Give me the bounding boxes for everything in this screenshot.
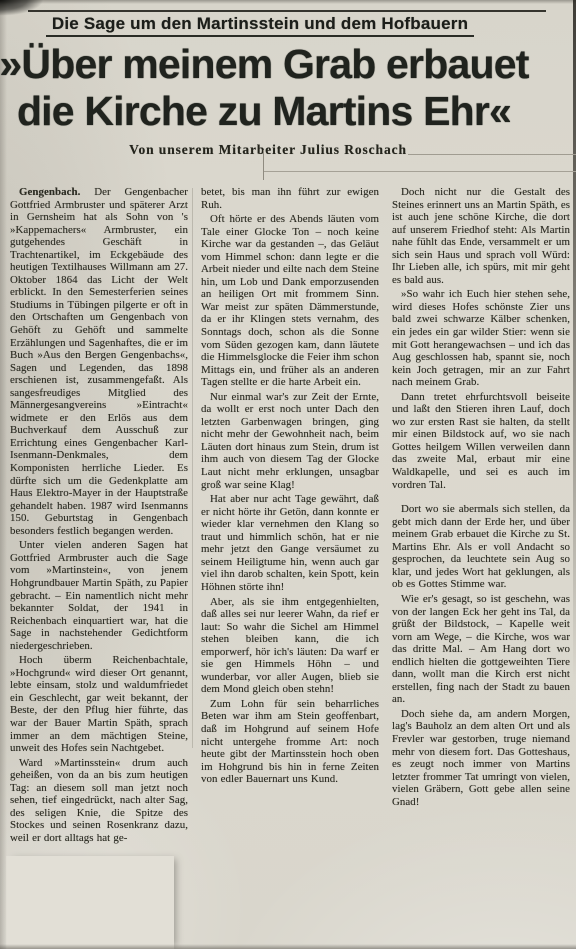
paragraph: betet, bis man ihn führt zur ewigen Ruh. bbox=[201, 186, 379, 211]
column-3: Doch nicht nur die Gestalt des Steines e… bbox=[392, 186, 570, 949]
byline-rule bbox=[263, 171, 576, 172]
scan-edge-top bbox=[0, 0, 576, 4]
kicker: Die Sage um den Martinsstein und dem Hof… bbox=[46, 14, 474, 37]
paragraph: Nur einmal war's zur Zeit der Ernte, da … bbox=[201, 391, 379, 491]
paragraph: Doch siehe da, am andern Morgen, lag's B… bbox=[392, 708, 570, 808]
column-rule-tick bbox=[263, 150, 264, 180]
top-rule bbox=[28, 10, 546, 12]
paragraph: Aber, als sie ihm entgegenhielten, daß a… bbox=[201, 596, 379, 696]
paragraph: Zum Lohn für sein beharrliches Beten war… bbox=[201, 698, 379, 786]
paragraph: Wie er's gesagt, so ist geschehn, was vo… bbox=[392, 593, 570, 706]
headline-line-2: die Kirche zu Martins Ehr« bbox=[0, 88, 552, 135]
paragraph: »So wahr ich Euch hier stehen sehe, wird… bbox=[392, 288, 570, 388]
article-header: Die Sage um den Martinsstein und dem Hof… bbox=[0, 14, 576, 158]
paragraph: Dort wo sie abermals sich stellen, da ge… bbox=[392, 503, 570, 591]
paragraph: Dann tretet ehrfurchtsvoll beiseite und … bbox=[392, 391, 570, 491]
paragraph: Unter vielen anderen Sagen hat Gottfried… bbox=[10, 539, 188, 652]
paragraph: Doch nicht nur die Gestalt des Steines e… bbox=[392, 186, 570, 286]
paragraph: Hat aber nur acht Tage gewährt, daß er n… bbox=[201, 493, 379, 593]
byline: Von unserem Mitarbeiter Julius Roschach bbox=[0, 142, 556, 158]
paragraph: Oft hörte er des Abends läuten vom Tale … bbox=[201, 213, 379, 389]
column-1: Gengenbach. Der Gengenbacher Gottfried A… bbox=[10, 186, 188, 949]
article-body: Gengenbach. Der Gengenbacher Gottfried A… bbox=[10, 186, 570, 949]
paragraph-text: Der Gengenbacher Gottfried Armbruster un… bbox=[10, 186, 188, 537]
headline-line-1: »Über meinem Grab erbauet bbox=[0, 41, 552, 88]
paragraph: Ward »Martinsstein« drum auch geheißen, … bbox=[10, 757, 188, 845]
newspaper-clipping-scan: Die Sage um den Martinsstein und dem Hof… bbox=[0, 0, 576, 949]
headline: »Über meinem Grab erbauet die Kirche zu … bbox=[0, 41, 552, 135]
byline-rule bbox=[408, 154, 576, 155]
column-2: betet, bis man ihn führt zur ewigen Ruh.… bbox=[201, 186, 379, 949]
paragraph: Hoch überm Reichenbachtale, »Hochgrund« … bbox=[10, 654, 188, 754]
dateline: Gengenbach. bbox=[19, 186, 80, 198]
paragraph: Gengenbach. Der Gengenbacher Gottfried A… bbox=[10, 186, 188, 537]
